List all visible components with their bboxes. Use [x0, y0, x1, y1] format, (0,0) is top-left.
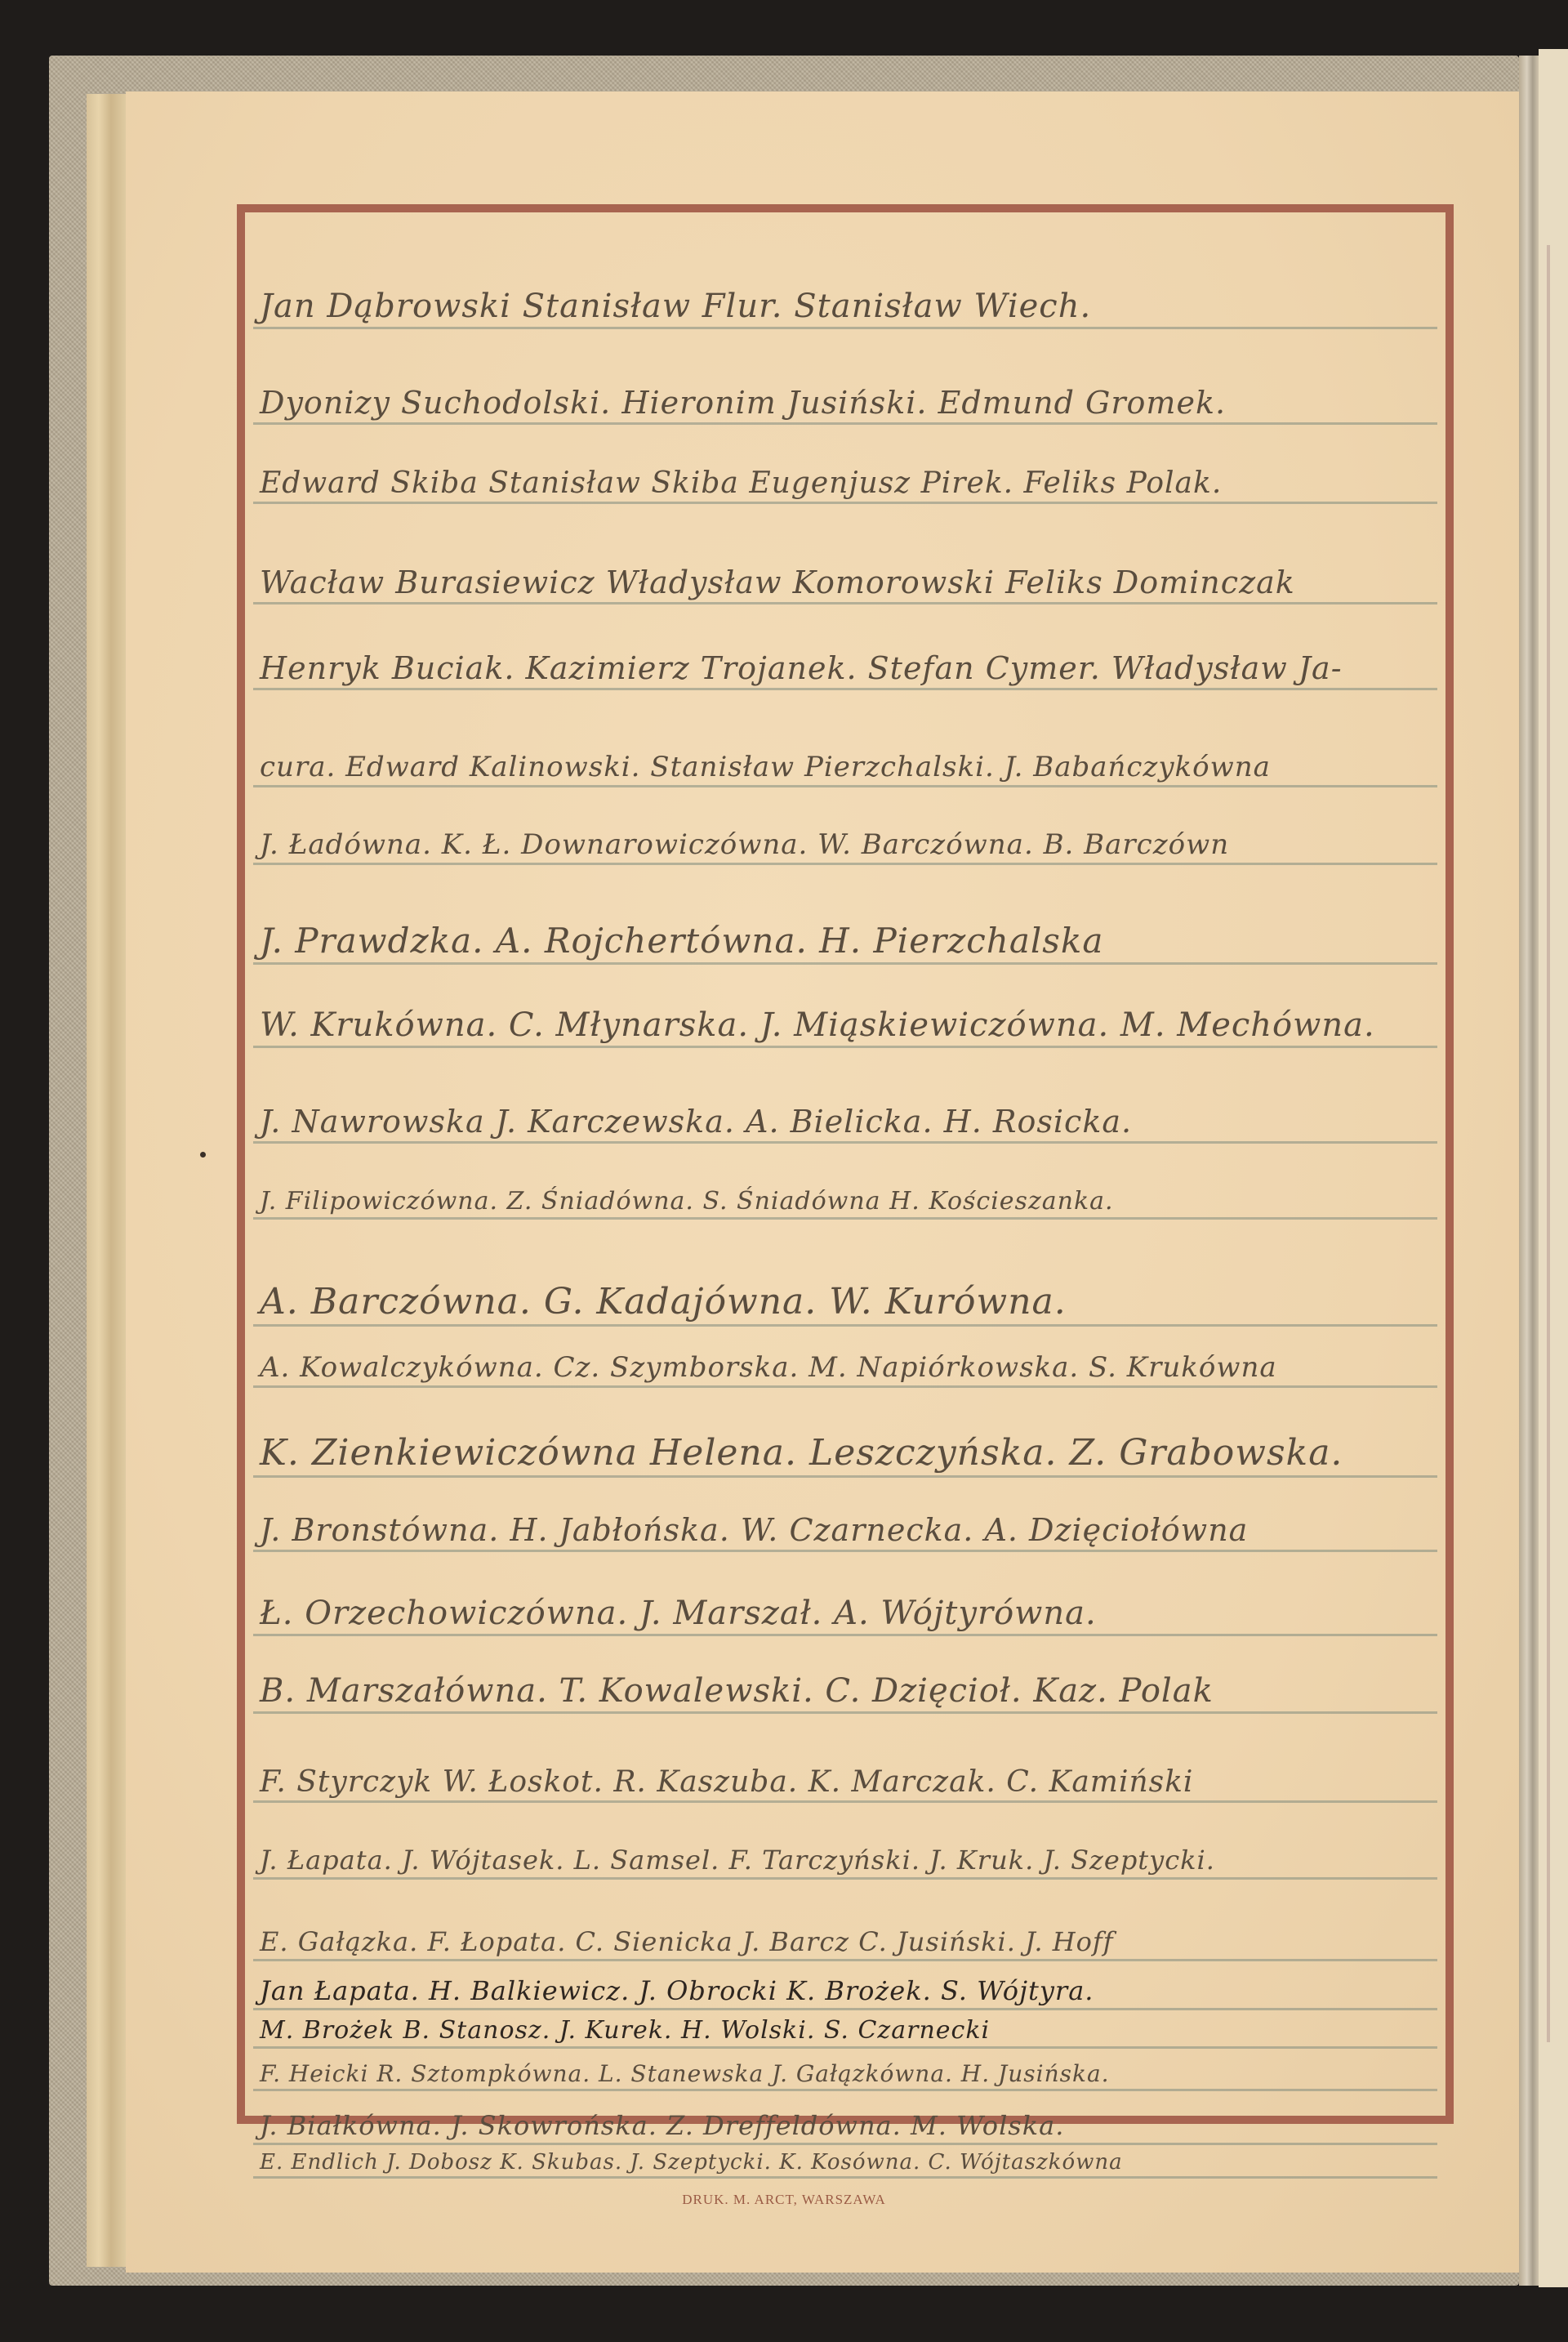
signature-text: Jan Dąbrowski Stanisław Flur. Stanisław …	[260, 288, 1091, 327]
signature-line: W. Krukówna. C. Młynarska. J. Miąskiewic…	[253, 997, 1437, 1048]
signature-line: Ł. Orzechowiczówna. J. Marszał. A. Wójty…	[253, 1585, 1437, 1636]
signature-line: B. Marszałówna. T. Kowalewski. C. Dzięci…	[253, 1662, 1437, 1714]
signature-text: J. Prawdzka. A. Rojchertówna. H. Pierzch…	[260, 921, 1103, 962]
signature-line: A. Barczówna. G. Kadajówna. W. Kurówna.	[253, 1270, 1437, 1327]
signature-text: Dyonizy Suchodolski. Hieronim Jusiński. …	[260, 385, 1226, 422]
signature-text: J. Białkówna. J. Skowrońska. Z. Dreffeld…	[260, 2110, 1064, 2143]
signature-line: J. Prawdzka. A. Rojchertówna. H. Pierzch…	[253, 911, 1437, 965]
signature-line: J. Białkówna. J. Skowrońska. Z. Dreffeld…	[253, 2103, 1437, 2145]
signature-line: J. Łapata. J. Wójtasek. L. Samsel. F. Ta…	[253, 1838, 1437, 1880]
signature-text: F. Styrczyk W. Łoskot. R. Kaszuba. K. Ma…	[260, 1765, 1193, 1800]
page-edges	[87, 94, 127, 2267]
facing-page-fragment	[1539, 49, 1568, 2287]
ink-dot	[200, 1152, 206, 1158]
signature-line: Jan Łapata. H. Balkiewicz. J. Obrocki K.…	[253, 1969, 1437, 2010]
signature-line: A. Kowalczykówna. Cz. Szymborska. M. Nap…	[253, 1344, 1437, 1388]
signature-text: Wacław Burasiewicz Władysław Komorowski …	[260, 564, 1295, 602]
signature-text: J. Filipowiczówna. Z. Śniadówna. S. Śnia…	[260, 1187, 1114, 1217]
signature-line: Edward Skiba Stanisław Skiba Eugenjusz P…	[253, 457, 1437, 504]
signature-line: F. Heicki R. Sztompkówna. L. Stanewska J…	[253, 2054, 1437, 2091]
signature-text: Edward Skiba Stanisław Skiba Eugenjusz P…	[260, 466, 1222, 502]
signature-line: J. Nawrowska J. Karczewska. A. Bielicka.…	[253, 1095, 1437, 1144]
signature-text: cura. Edward Kalinowski. Stanisław Pierz…	[260, 751, 1271, 785]
signature-line: K. Zienkiewiczówna Helena. Leszczyńska. …	[253, 1421, 1437, 1478]
signature-line: Henryk Buciak. Kazimierz Trojanek. Stefa…	[253, 641, 1437, 690]
signature-text: A. Barczówna. G. Kadajówna. W. Kurówna.	[260, 1281, 1067, 1324]
signature-text: A. Kowalczykówna. Cz. Szymborska. M. Nap…	[260, 1351, 1277, 1385]
signature-text: F. Heicki R. Sztompkówna. L. Stanewska J…	[260, 2060, 1110, 2089]
signature-text: E. Endlich J. Dobosz K. Skubas. J. Szept…	[260, 2150, 1123, 2176]
signature-line: E. Endlich J. Dobosz K. Skubas. J. Szept…	[253, 2144, 1437, 2179]
signature-text: K. Zienkiewiczówna Helena. Leszczyńska. …	[260, 1432, 1343, 1475]
signature-line: Wacław Burasiewicz Władysław Komorowski …	[253, 555, 1437, 604]
signature-text: J. Nawrowska J. Karczewska. A. Bielicka.…	[260, 1104, 1132, 1141]
book-gutter	[1519, 56, 1539, 2286]
signature-line: J. Filipowiczówna. Z. Śniadówna. S. Śnia…	[253, 1180, 1437, 1220]
signature-line: Jan Dąbrowski Stanisław Flur. Stanisław …	[253, 278, 1437, 329]
signature-text: Henryk Buciak. Kazimierz Trojanek. Stefa…	[260, 650, 1343, 688]
signature-text: E. Gałązka. F. Łopata. C. Sienicka J. Ba…	[260, 1926, 1114, 1959]
signature-line: J. Ładówna. K. Ł. Downarowiczówna. W. Ba…	[253, 821, 1437, 865]
signature-text: J. Bronstówna. H. Jabłońska. W. Czarneck…	[260, 1512, 1248, 1550]
signature-lines: Jan Dąbrowski Stanisław Flur. Stanisław …	[245, 212, 1445, 2116]
signature-text: Jan Łapata. H. Balkiewicz. J. Obrocki K.…	[260, 1975, 1094, 2008]
signature-line: M. Brożek B. Stanosz. J. Kurek. H. Wolsk…	[253, 2010, 1437, 2049]
signature-text: M. Brożek B. Stanosz. J. Kurek. H. Wolsk…	[260, 2016, 990, 2046]
signature-text: B. Marszałówna. T. Kowalewski. C. Dzięci…	[260, 1672, 1214, 1711]
signature-text: W. Krukówna. C. Młynarska. J. Miąskiewic…	[260, 1006, 1375, 1046]
signature-text: J. Ładówna. K. Ł. Downarowiczówna. W. Ba…	[260, 828, 1229, 863]
signature-line: cura. Edward Kalinowski. Stanisław Pierz…	[253, 743, 1437, 787]
signature-line: Dyonizy Suchodolski. Hieronim Jusiński. …	[253, 376, 1437, 425]
signature-text: J. Łapata. J. Wójtasek. L. Samsel. F. Ta…	[260, 1845, 1215, 1877]
signature-line: J. Bronstówna. H. Jabłońska. W. Czarneck…	[253, 1503, 1437, 1552]
signature-text: Ł. Orzechowiczówna. J. Marszał. A. Wójty…	[260, 1595, 1097, 1634]
signature-line: F. Styrczyk W. Łoskot. R. Kaszuba. K. Ma…	[253, 1756, 1437, 1803]
signature-line: E. Gałązka. F. Łopata. C. Sienicka J. Ba…	[253, 1920, 1437, 1961]
printer-imprint: DRUK. M. ARCT, WARSZAWA	[0, 2192, 1568, 2208]
